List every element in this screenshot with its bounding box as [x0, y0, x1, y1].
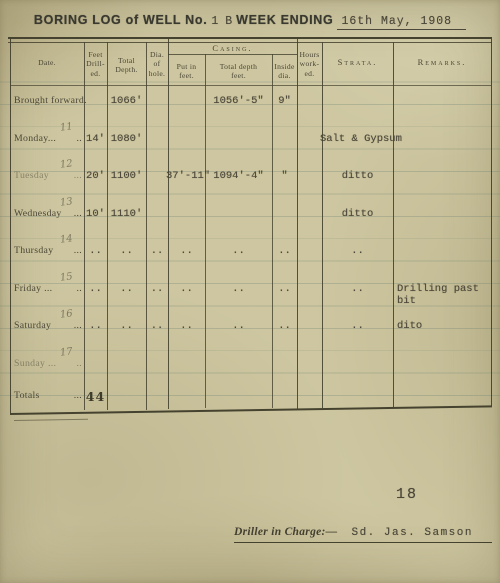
cell-feet: .. [84, 320, 107, 332]
table-row-friday: Friday .....15..............Drilling pas… [0, 283, 500, 309]
table-row-wednesday: Wednesday...1310'1110'ditto [0, 208, 500, 234]
table-row-saturday: Saturday...16..............dito [0, 320, 500, 346]
cell-inside: .. [272, 283, 297, 295]
header-hours-worked: Hours work- ed. [297, 50, 322, 78]
cell-day: Saturday... [14, 320, 82, 331]
cell-total: .. [107, 320, 146, 332]
header-inside-dia: Inside dia. [272, 62, 297, 81]
cell-feet: 44 [84, 390, 107, 404]
header-casing-total-depth: Total depth feet. [205, 62, 272, 81]
cell-day: Thursday... [14, 245, 82, 256]
boring-log-page: BORING LOG of WELL No. 1 B WEEK ENDING 1… [0, 0, 500, 583]
cell-remarks: dito [397, 320, 492, 332]
cell-remarks: Drilling past bit [397, 283, 492, 307]
cell-inside: " [272, 170, 297, 182]
cell-total: 1066' [107, 95, 146, 107]
cell-inside: .. [272, 320, 297, 332]
header-remarks: Remarks. [393, 57, 491, 68]
title-week-ending-date: 16th May, 1908 [337, 15, 466, 30]
cell-total: 1100' [107, 170, 146, 182]
cell-day: Monday..... [14, 133, 82, 144]
cell-putin: .. [166, 283, 207, 295]
cell-feet: 14' [84, 133, 107, 145]
pencil-date-annotation: 13 [59, 196, 73, 208]
cell-day: Tuesday... [14, 170, 82, 181]
cell-casingtot: 1094'-4" [205, 170, 272, 182]
table-row-totals: Totals...44 [0, 390, 500, 416]
page-title: BORING LOG of WELL No. 1 B WEEK ENDING 1… [0, 11, 500, 29]
pencil-date-annotation: 11 [59, 121, 73, 133]
cell-casingtot: .. [205, 320, 272, 332]
table-row-tuesday: Tuesday...1220'1100'37'-11"1094'-4""ditt… [0, 170, 500, 196]
cell-dia: .. [146, 283, 168, 295]
cell-feet: 20' [84, 170, 107, 182]
cell-strata: ditto [320, 208, 395, 220]
cell-putin: 37'-11" [166, 170, 207, 182]
driller-in-charge-label: Driller in Charge:— [234, 526, 337, 538]
cell-putin: .. [166, 245, 207, 257]
cell-strata: Salt & Gypsum [320, 133, 395, 145]
cell-strata: .. [320, 283, 395, 295]
cell-inside: 9" [272, 95, 297, 107]
cell-feet: .. [84, 283, 107, 295]
cell-day: Friday ..... [14, 283, 82, 294]
pencil-date-annotation: 16 [59, 308, 73, 320]
table-row-brought-forward: Brought forward.1066'1056'-5"9" [0, 95, 500, 121]
cell-casingtot: .. [205, 283, 272, 295]
header-feet-drilled: Feet Drill- ed. [84, 50, 107, 78]
cell-day: Brought forward. [14, 95, 82, 106]
cell-casingtot: .. [205, 245, 272, 257]
cell-casingtot: 1056'-5" [205, 95, 272, 107]
cell-total: 1110' [107, 208, 146, 220]
page-number: 18 [396, 486, 418, 503]
driller-name: Sd. Jas. Samson [351, 527, 473, 539]
pencil-date-annotation: 15 [59, 271, 73, 283]
header-total-depth: Total Depth. [107, 56, 146, 75]
cell-day: Totals... [14, 390, 82, 401]
header-put-in-feet: Put in feet. [168, 62, 205, 81]
cell-day: Wednesday... [14, 208, 82, 219]
cell-total: 1080' [107, 133, 146, 145]
title-prefix: BORING LOG of WELL No. [34, 13, 208, 27]
pencil-date-annotation: 14 [59, 233, 73, 245]
cell-strata: ditto [320, 170, 395, 182]
table-top-rule-thick [8, 37, 492, 39]
cell-putin: .. [166, 320, 207, 332]
header-bottom-rule [10, 85, 491, 86]
cell-day: Sunday ..... [14, 358, 82, 369]
cell-feet: .. [84, 245, 107, 257]
casing-group-underline [168, 54, 297, 55]
cell-total: .. [107, 245, 146, 257]
header-casing-group: Casing. [168, 43, 297, 54]
cell-feet: 10' [84, 208, 107, 220]
title-well-number: 1 B [211, 15, 232, 28]
cell-total: .. [107, 283, 146, 295]
table-bottom-rule-2 [14, 419, 88, 421]
driller-signature-line: Driller in Charge:— Sd. Jas. Samson [234, 522, 492, 543]
header-date: Date. [10, 58, 84, 67]
table-row-monday: Monday.....1114'1080'Salt & Gypsum [0, 133, 500, 159]
title-suffix: WEEK ENDING [236, 13, 333, 27]
pencil-date-annotation: 12 [59, 158, 73, 170]
cell-dia: .. [146, 245, 168, 257]
header-strata: Strata. [322, 57, 393, 68]
table-row-sunday: Sunday .....17 [0, 358, 500, 384]
header-dia-of-hole: Dia. of hole. [146, 50, 168, 78]
cell-strata: .. [320, 320, 395, 332]
table-row-thursday: Thursday...14.............. [0, 245, 500, 271]
cell-dia: .. [146, 320, 168, 332]
cell-inside: .. [272, 245, 297, 257]
cell-strata: .. [320, 245, 395, 257]
pencil-date-annotation: 17 [59, 346, 73, 358]
